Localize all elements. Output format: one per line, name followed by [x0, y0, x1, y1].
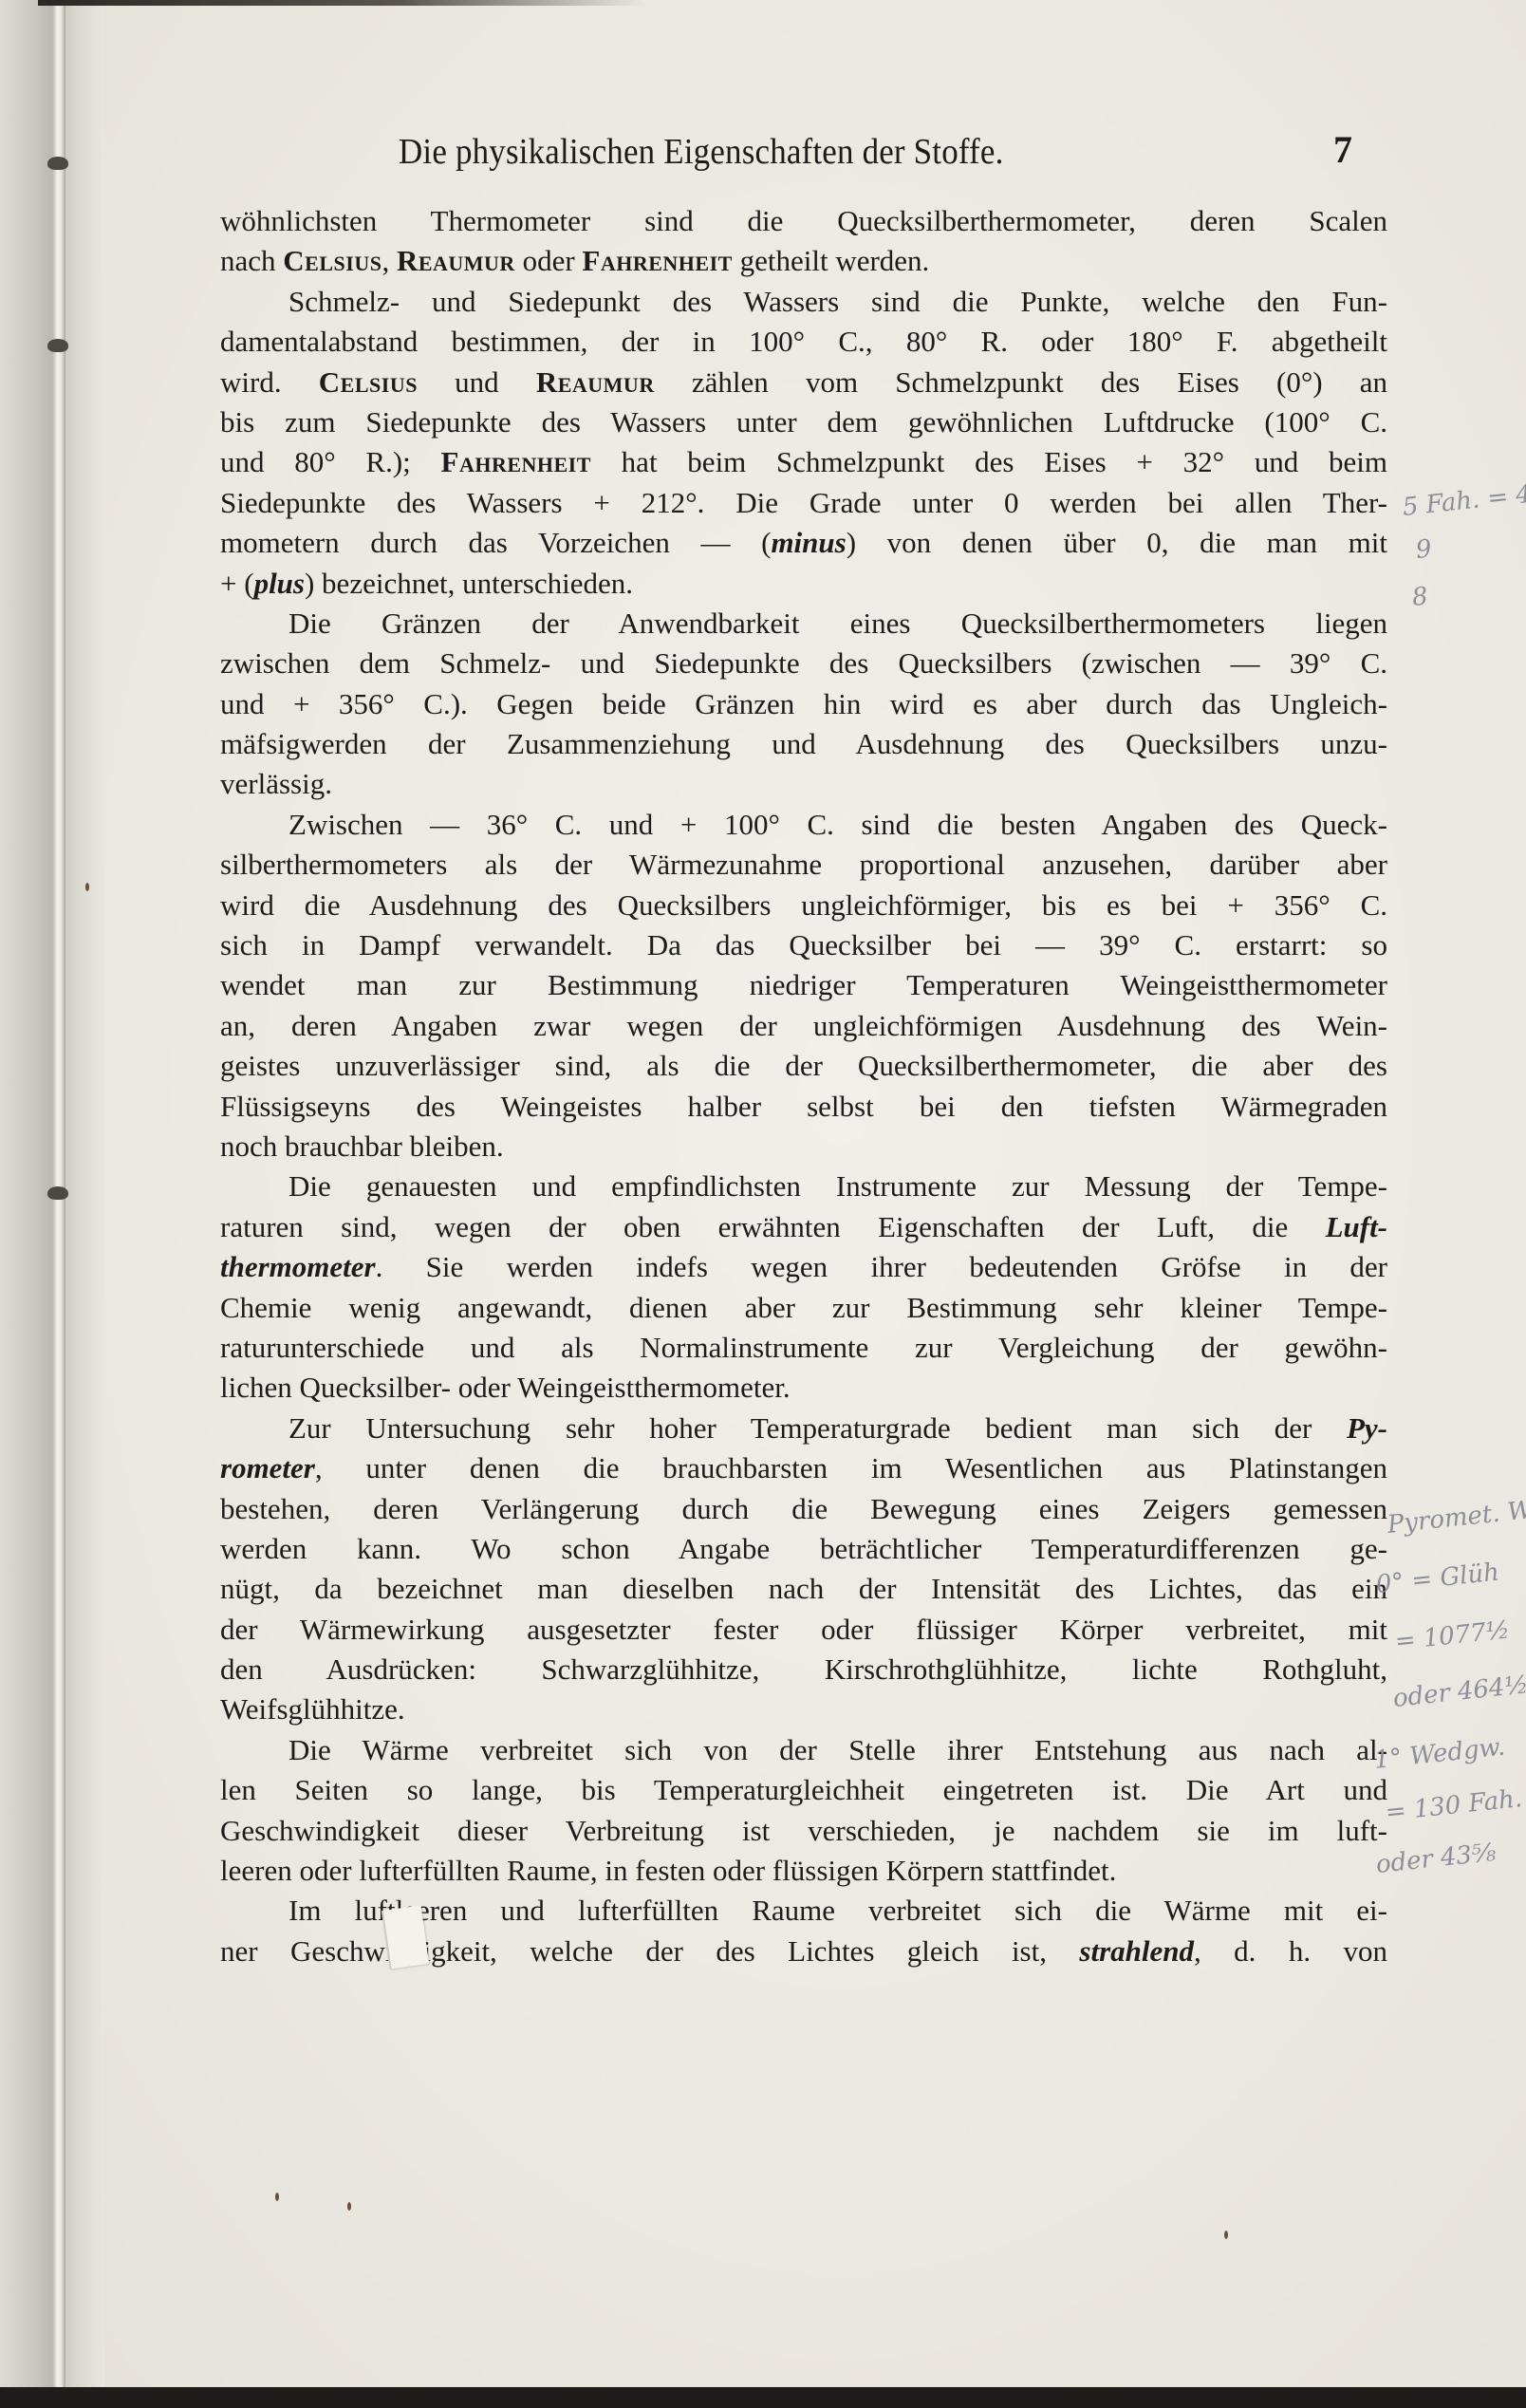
text-run: Geschwindigkeit dieser Verbreitung ist v…: [220, 1814, 1387, 1847]
emphasized-term: Luft-: [1326, 1210, 1387, 1243]
text-run: leeren oder lufterfüllten Raume, in fest…: [220, 1854, 1116, 1887]
text-run: hat beim Schmelzpunkt des Eises + 32° un…: [591, 445, 1387, 478]
margin-note-note-fraction-bottom: 8: [1410, 582, 1429, 612]
text-run: sich in Dampf verwandelt. Da das Quecksi…: [220, 928, 1387, 961]
margin-note-note-fraction: 9: [1414, 534, 1433, 565]
text-line: nach Celsius, Reaumur oder Fahrenheit ge…: [220, 241, 1387, 281]
text-run: ,: [381, 244, 397, 277]
text-run: , unter denen die brauchbarsten im Wesen…: [315, 1451, 1387, 1484]
page-top-shadow: [38, 0, 645, 6]
emphasized-term: strahlend: [1079, 1934, 1194, 1968]
text-run: getheilt werden.: [733, 244, 929, 277]
page-number: 7: [1333, 127, 1352, 172]
text-run: ) bezeichnet, unterschieden.: [305, 567, 633, 600]
text-line: werden kann. Wo schon Angabe beträchtlic…: [220, 1529, 1387, 1569]
text-run: Chemie wenig angewandt, dienen aber zur …: [220, 1291, 1387, 1324]
text-run: ner Geschwindigkeit, welche der des Lich…: [220, 1934, 1079, 1968]
margin-note-note-oder-464: oder 464½: [1391, 1671, 1526, 1713]
margin-note-note-oder-43: oder 43⅝: [1374, 1839, 1497, 1879]
proper-name-smallcaps: Fahrenheit: [582, 244, 732, 277]
paper-speck: [275, 2193, 279, 2201]
text-run: ) von denen über 0, die man mit: [847, 526, 1387, 559]
text-line: und + 356° C.). Gegen beide Gränzen hin …: [220, 684, 1387, 724]
text-line: lichen Quecksilber- oder Weingeistthermo…: [220, 1368, 1387, 1408]
binding-stitch: [47, 339, 68, 352]
text-run: , d. h. von: [1194, 1934, 1387, 1968]
text-run: Weifsglühhitze.: [220, 1692, 405, 1726]
text-run: mometern durch das Vorzeichen — (: [220, 526, 771, 559]
text-line: raturen sind, wegen der oben erwähnten E…: [220, 1207, 1387, 1247]
proper-name-smallcaps: Reaumur: [536, 365, 655, 399]
text-line: sich in Dampf verwandelt. Da das Quecksi…: [220, 925, 1387, 965]
margin-note-note-1077: = 1077½: [1393, 1615, 1511, 1656]
proper-name-smallcaps: Fahrenheit: [441, 445, 591, 478]
margin-note-note-0-gluh: 0° = Glüh: [1374, 1558, 1500, 1598]
text-line: Zur Untersuchung sehr hoher Temperaturgr…: [220, 1409, 1387, 1448]
text-line: bis zum Siedepunkte des Wassers unter de…: [220, 402, 1387, 442]
text-line: der Wärmewirkung ausgesetzter fester ode…: [220, 1610, 1387, 1650]
text-run: noch brauchbar bleiben.: [220, 1129, 504, 1163]
text-run: Schmelz- und Siedepunkt des Wassers sind…: [288, 285, 1387, 318]
proper-name-smallcaps: Celsius: [319, 365, 418, 399]
text-run: + (: [220, 567, 254, 600]
text-run: Die genauesten und empfindlichsten Instr…: [288, 1169, 1387, 1203]
text-run: lichen Quecksilber- oder Weingeistthermo…: [220, 1371, 791, 1404]
text-line: verlässig.: [220, 764, 1387, 804]
text-run: raturunterschiede und als Normalinstrume…: [220, 1331, 1387, 1364]
text-run: wird die Ausdehnung des Quecksilbers ung…: [220, 888, 1387, 922]
text-line: noch brauchbar bleiben.: [220, 1127, 1387, 1167]
text-run: werden kann. Wo schon Angabe beträchtlic…: [220, 1532, 1387, 1565]
text-line: wendet man zur Bestimmung niedriger Temp…: [220, 965, 1387, 1005]
paper-speck: [1224, 2231, 1228, 2239]
text-line: leeren oder lufterfüllten Raume, in fest…: [220, 1851, 1387, 1891]
text-run: silberthermometers als der Wärmezunahme …: [220, 848, 1387, 881]
margin-note-note-pyrometer: Pyromet. W.: [1386, 1496, 1526, 1540]
text-line: rometer, unter denen die brauchbarsten i…: [220, 1448, 1387, 1488]
binding-stitch: [47, 1186, 68, 1200]
text-run: Zur Untersuchung sehr hoher Temperaturgr…: [288, 1411, 1347, 1445]
text-run: Flüssigseyns des Weingeistes halber selb…: [220, 1090, 1387, 1123]
text-line: mometern durch das Vorzeichen — (minus) …: [220, 523, 1387, 563]
proper-name-smallcaps: Reaumur: [397, 244, 515, 277]
body-text: wöhnlichsten Thermometer sind die Quecks…: [220, 201, 1387, 1971]
text-run: an, deren Angaben zwar wegen der ungleic…: [220, 1009, 1387, 1042]
paper-speck: [347, 2202, 351, 2211]
emphasized-term: rometer: [220, 1451, 315, 1484]
paper-patch-repair: [381, 1905, 429, 1969]
text-run: und + 356° C.). Gegen beide Gränzen hin …: [220, 687, 1387, 720]
text-line: damentalabstand bestimmen, der in 100° C…: [220, 322, 1387, 362]
text-run: geistes unzuverlässiger sind, als die de…: [220, 1049, 1387, 1082]
text-run: wöhnlichsten Thermometer sind die Quecks…: [220, 204, 1387, 237]
emphasized-term: thermometer: [220, 1250, 376, 1283]
text-line: wird die Ausdehnung des Quecksilbers ung…: [220, 886, 1387, 925]
text-line: den Ausdrücken: Schwarzglühhitze, Kirsch…: [220, 1650, 1387, 1689]
text-line: Die genauesten und empfindlichsten Instr…: [220, 1167, 1387, 1206]
text-run: den Ausdrücken: Schwarzglühhitze, Kirsch…: [220, 1652, 1387, 1686]
text-line: an, deren Angaben zwar wegen der ungleic…: [220, 1006, 1387, 1046]
text-line: Siedepunkte des Wassers + 212°. Die Grad…: [220, 483, 1387, 523]
text-run: damentalabstand bestimmen, der in 100° C…: [220, 325, 1387, 358]
text-run: wird.: [220, 365, 319, 399]
proper-name-smallcaps: Celsius: [283, 244, 381, 277]
binding-thread: [52, 0, 65, 2408]
margin-note-note-fahrenheit-reaumur: 5 Fah. = 4 °R: [1401, 476, 1526, 522]
text-run: zwischen dem Schmelz- und Siedepunkte de…: [220, 646, 1387, 680]
text-run: Im luftleeren und lufterfüllten Raume ve…: [288, 1894, 1387, 1927]
text-run: mäfsigwerden der Zusammenziehung und Aus…: [220, 727, 1387, 760]
emphasized-term: minus: [771, 526, 846, 559]
text-run: bis zum Siedepunkte des Wassers unter de…: [220, 405, 1387, 439]
text-line: len Seiten so lange, bis Temperaturgleic…: [220, 1770, 1387, 1810]
text-run: und 80° R.);: [220, 445, 441, 478]
text-line: bestehen, deren Verlängerung durch die B…: [220, 1489, 1387, 1529]
text-line: + (plus) bezeichnet, unterschieden.: [220, 564, 1387, 604]
text-run: bestehen, deren Verlängerung durch die B…: [220, 1492, 1387, 1525]
page-bottom-shadow: [0, 2387, 1526, 2408]
text-run: Zwischen — 36° C. und + 100° C. sind die…: [288, 808, 1387, 841]
text-run: raturen sind, wegen der oben erwähnten E…: [220, 1210, 1326, 1243]
text-line: Chemie wenig angewandt, dienen aber zur …: [220, 1288, 1387, 1328]
text-run: nügt, da bezeichnet man dieselben nach d…: [220, 1572, 1387, 1605]
text-run: Siedepunkte des Wassers + 212°. Die Grad…: [220, 486, 1387, 519]
text-run: verlässig.: [220, 767, 332, 800]
text-line: geistes unzuverlässiger sind, als die de…: [220, 1046, 1387, 1086]
running-head-title: Die physikalischen Eigenschaften der Sto…: [399, 131, 1004, 173]
text-line: Zwischen — 36° C. und + 100° C. sind die…: [220, 805, 1387, 845]
text-run: zählen vom Schmelzpunkt des Eises (0°) a…: [655, 365, 1387, 399]
text-line: silberthermometers als der Wärmezunahme …: [220, 845, 1387, 885]
text-run: und: [418, 365, 536, 399]
text-line: Weifsglühhitze.: [220, 1689, 1387, 1729]
text-line: raturunterschiede und als Normalinstrume…: [220, 1328, 1387, 1368]
text-line: zwischen dem Schmelz- und Siedepunkte de…: [220, 644, 1387, 683]
text-run: oder: [515, 244, 583, 277]
text-run: . Sie werden indefs wegen ihrer bedeuten…: [376, 1250, 1387, 1283]
text-line: thermometer. Sie werden indefs wegen ihr…: [220, 1247, 1387, 1287]
text-run: der Wärmewirkung ausgesetzter fester ode…: [220, 1613, 1387, 1646]
text-run: Die Gränzen der Anwendbarkeit eines Quec…: [288, 607, 1387, 640]
text-line: wird. Celsius und Reaumur zählen vom Sch…: [220, 363, 1387, 402]
text-line: wöhnlichsten Thermometer sind die Quecks…: [220, 201, 1387, 241]
text-line: und 80° R.); Fahrenheit hat beim Schmelz…: [220, 442, 1387, 482]
text-line: nügt, da bezeichnet man dieselben nach d…: [220, 1569, 1387, 1609]
text-line: mäfsigwerden der Zusammenziehung und Aus…: [220, 724, 1387, 764]
margin-note-note-130-fah: = 130 Fah.: [1384, 1784, 1523, 1827]
paper-speck: [85, 883, 89, 891]
emphasized-term: Py-: [1347, 1411, 1387, 1445]
text-run: Die Wärme verbreitet sich von der Stelle…: [288, 1733, 1387, 1766]
emphasized-term: plus: [254, 567, 305, 600]
text-run: wendet man zur Bestimmung niedriger Temp…: [220, 968, 1387, 1001]
text-run: nach: [220, 244, 283, 277]
binding-stitch: [47, 157, 68, 170]
text-line: Schmelz- und Siedepunkt des Wassers sind…: [220, 282, 1387, 322]
margin-note-note-1-wedgw: 1° Wedgw.: [1372, 1733, 1506, 1775]
text-line: Die Wärme verbreitet sich von der Stelle…: [220, 1730, 1387, 1770]
text-run: len Seiten so lange, bis Temperaturgleic…: [220, 1773, 1387, 1806]
text-line: Geschwindigkeit dieser Verbreitung ist v…: [220, 1811, 1387, 1851]
scanned-book-page: Die physikalischen Eigenschaften der Sto…: [0, 0, 1526, 2408]
text-line: Die Gränzen der Anwendbarkeit eines Quec…: [220, 604, 1387, 644]
text-line: Flüssigseyns des Weingeistes halber selb…: [220, 1087, 1387, 1127]
